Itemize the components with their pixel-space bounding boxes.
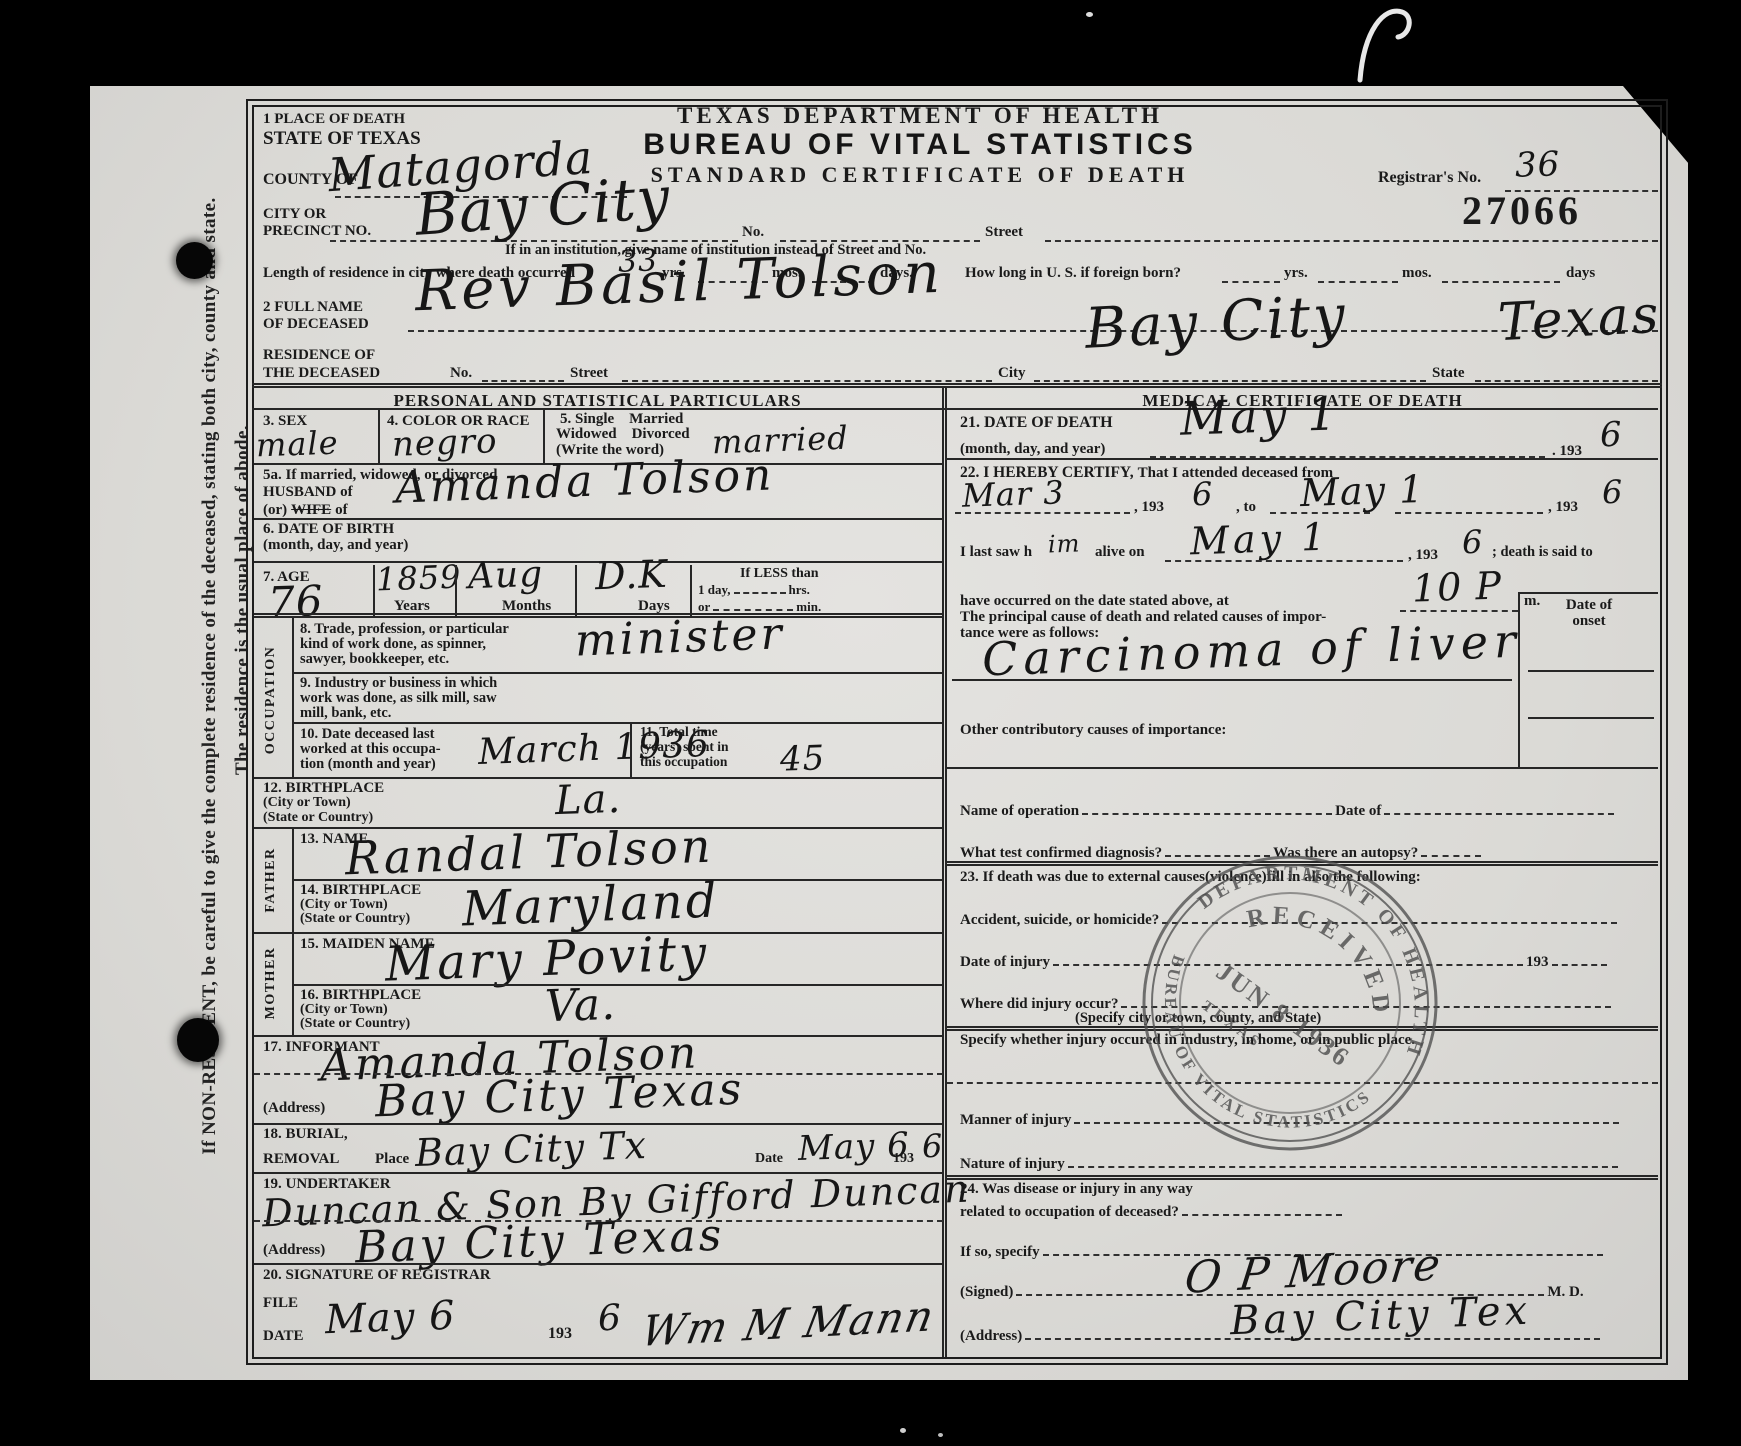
place-of-death-label: 1 PLACE OF DEATH [263, 112, 405, 128]
residence-label-1: RESIDENCE OF [263, 348, 375, 364]
f18-label: 18. BURIAL, [263, 1127, 348, 1143]
rule [378, 410, 380, 463]
rule [292, 617, 294, 777]
f24-label-1: 24. Was disease or injury in any way [960, 1182, 1193, 1198]
contributory-label: Other contributory causes of importance: [960, 723, 1226, 739]
burial-place-handwritten: Bay City Tx [414, 1128, 647, 1170]
rule [1442, 281, 1560, 283]
rule [1082, 802, 1332, 815]
residence-label-2: THE DECEASED [263, 366, 380, 382]
of-label: of [335, 502, 348, 518]
rule [1222, 281, 1280, 283]
no-label: No. [742, 225, 764, 241]
death-time-handwritten: 10 P [1411, 568, 1502, 605]
res-street-label: Street [570, 366, 608, 382]
rule [690, 565, 692, 616]
occupation-handwritten: minister [574, 614, 785, 661]
mother-name-handwritten: Mary Povity [384, 932, 710, 986]
birth-month-handwritten: Aug [467, 559, 543, 594]
physician-address-label: (Address) [960, 1328, 1022, 1344]
foreign-born-label: How long in U. S. if foreign born? [965, 266, 1181, 282]
rule [252, 383, 1662, 388]
hrs-label: hrs. [789, 582, 810, 597]
res-city-label: City [998, 366, 1026, 382]
dust-speck [1086, 12, 1093, 17]
punch-hole [177, 1018, 219, 1062]
f19-address-label: (Address) [263, 1243, 325, 1259]
f12-sub-1: (City or Town) [263, 796, 351, 811]
rule [952, 679, 1512, 681]
scanned-death-certificate: { "g": { "l1": "If NON-RESIDENT, be care… [0, 0, 1741, 1446]
operation-row: Name of operationDate of [960, 802, 1617, 820]
to-year-printed: , 193 [1548, 500, 1578, 516]
total-time-handwritten: 45 [779, 743, 825, 775]
manner-label: Manner of injury [960, 1112, 1071, 1128]
dob-label: 6. DATE OF BIRTH [263, 522, 394, 538]
min-label: min. [796, 599, 821, 614]
ifso-label: If so, specify [960, 1244, 1040, 1260]
operation-date-label: Date of [1335, 803, 1381, 819]
yrs2-label: yrs. [1284, 266, 1308, 282]
registrar-no-label: Registrar's No. [1378, 170, 1481, 187]
last-saw-date-handwritten: May 1 [1189, 520, 1329, 559]
page-curl-mark [1352, 2, 1416, 86]
f12-sub-2: (State or Country) [263, 811, 373, 826]
f17-address-label: (Address) [263, 1101, 325, 1117]
mother-birthplace-handwritten: Va. [544, 985, 616, 1027]
certificate-number-stamp: 27066 [1462, 190, 1582, 232]
or-label: (or) [263, 502, 287, 518]
rule [373, 565, 375, 616]
nature-label: Nature of injury [960, 1156, 1065, 1172]
f11-label-3: this occupation [640, 755, 727, 769]
less-hrs-row: 1 day,hrs. [698, 581, 810, 599]
sex-handwritten: male [256, 429, 340, 461]
f11-label-2: (years) spent in [640, 740, 729, 754]
from-year-handwritten: 6 [1192, 480, 1214, 510]
rule [1318, 281, 1398, 283]
informant-address-handwritten: Bay City Texas [374, 1070, 744, 1122]
rule [622, 380, 992, 382]
rule [1518, 592, 1520, 767]
rule [947, 1175, 1658, 1180]
last-saw-label-1: I last saw h [960, 545, 1032, 561]
city-or-label: CITY OR [263, 207, 326, 223]
rule [543, 410, 545, 463]
bureau-title: BUREAU OF VITAL STATISTICS [520, 128, 1320, 162]
file-date-label: DATE [263, 1329, 304, 1345]
rule [482, 380, 564, 382]
dust-speck [938, 1433, 943, 1437]
f21-sub-label: (month, day, and year) [960, 442, 1105, 458]
fullname-label-2: OF DECEASED [263, 317, 369, 333]
rule [292, 984, 943, 986]
res-no-label: No. [450, 366, 472, 382]
received-stamp: DEPARTMENT OF HEALTH BUREAU OF VITAL STA… [1122, 835, 1458, 1171]
rule [455, 565, 457, 616]
rule [1384, 802, 1614, 815]
precinct-no-label: PRECINCT NO. [263, 224, 371, 240]
file-year-printed: 193 [548, 1326, 572, 1343]
days2-label: days [1566, 266, 1595, 282]
occurred-label: have occurred on the date stated above, … [960, 594, 1229, 610]
place-label: Place [375, 1152, 409, 1168]
rule [252, 408, 1658, 410]
f9-label-3: mill, bank, etc. [300, 706, 391, 721]
saw-year-handwritten: 6 [1462, 528, 1484, 558]
file-date-handwritten: May 6 [324, 1298, 456, 1339]
f14-sub-2: (State or Country) [300, 912, 410, 927]
rule [1045, 240, 1658, 242]
rule [1182, 1203, 1342, 1216]
res-city-handwritten: Bay City [1084, 291, 1349, 355]
rule [947, 767, 1658, 769]
mother-side-label: MOTHER [264, 933, 279, 1033]
saw-year-printed: , 193 [1408, 548, 1438, 564]
burial-year-printed: 193 [893, 1152, 914, 1167]
attended-to-handwritten: May 1 [1299, 472, 1424, 511]
birthplace-handwritten: La. [554, 781, 621, 819]
fullname-handwritten: Rev Basil Tolson [414, 249, 944, 318]
spouse-handwritten: Amanda Tolson [394, 455, 775, 508]
physician-address-handwritten: Bay City Tex [1229, 1293, 1531, 1339]
rule [292, 672, 943, 674]
rule [630, 722, 632, 777]
if-less-label: If LESS than [740, 567, 819, 582]
attended-from-handwritten: Mar 3 [962, 478, 1066, 510]
dust-speck [900, 1428, 906, 1433]
injury-year-printed: 193 [1526, 954, 1549, 970]
f20-label: 20. SIGNATURE OF REGISTRAR [263, 1268, 491, 1284]
death-said-label: ; death is said to [1492, 545, 1593, 560]
file-year-handwritten: 6 [597, 1303, 622, 1336]
operation-label: Name of operation [960, 803, 1079, 819]
f24-label-2: related to occupation of deceased? [960, 1204, 1179, 1220]
rule [292, 722, 943, 724]
precinct-city-handwritten: Bay City [413, 171, 671, 241]
rule [955, 512, 1130, 514]
onset-label-2: onset [1522, 614, 1656, 630]
rule [254, 1263, 943, 1265]
registrar-no-handwritten: 36 [1514, 149, 1560, 181]
death-year-handwritten: 6 [1599, 420, 1623, 451]
f5a-label-3: (or) WIFE of [263, 501, 348, 519]
punch-hole [176, 242, 213, 279]
f21-label: 21. DATE OF DEATH [960, 415, 1113, 432]
f24-row-2: related to occupation of deceased? [960, 1203, 1345, 1221]
father-side-label: FATHER [264, 830, 279, 930]
f8-label-3: sawyer, bookkeeper, etc. [300, 652, 449, 667]
to-label: , to [1236, 500, 1256, 516]
rule [254, 518, 943, 520]
file-label: FILE [263, 1296, 298, 1312]
birth-year-handwritten: 1859 [376, 563, 462, 595]
rule [1552, 953, 1607, 966]
dept-of-health-title: TEXAS DEPARTMENT OF HEALTH [520, 104, 1320, 128]
f11-label-1: 11. Total time [640, 725, 718, 739]
street-label: Street [985, 225, 1023, 241]
father-birthplace-handwritten: Maryland [461, 880, 720, 932]
one-day-label: 1 day, [698, 582, 731, 597]
f16-sub-2: (State or Country) [300, 1017, 410, 1032]
rule [1528, 670, 1654, 672]
him-handwritten: im [1048, 533, 1081, 556]
wife-label-struck: WIFE [291, 502, 331, 518]
last-saw-label-2: alive on [1095, 545, 1145, 561]
birth-day-handwritten: D.K [594, 557, 668, 594]
removal-label: REMOVAL [263, 1152, 339, 1168]
res-state-handwritten: Texas [1497, 292, 1663, 347]
marital-label-2: Widowed Divorced [556, 427, 690, 443]
rule [734, 581, 786, 594]
death-date-handwritten: May 1 [1179, 393, 1340, 440]
rule [1034, 380, 1426, 382]
race-handwritten: negro [391, 426, 498, 460]
injury-date-label: Date of injury [960, 954, 1050, 970]
mos2-label: mos. [1402, 266, 1432, 282]
rule [1528, 717, 1654, 719]
f10-label-3: tion (month and year) [300, 757, 436, 772]
signed-label: (Signed) [960, 1284, 1013, 1300]
to-year-handwritten: 6 [1602, 478, 1624, 508]
rule [1518, 592, 1658, 594]
res-state-label: State [1432, 366, 1465, 382]
rule [575, 565, 577, 616]
rule [1395, 512, 1543, 514]
dob-sub-label: (month, day, and year) [263, 538, 408, 554]
rule [408, 330, 1658, 332]
father-name-handwritten: Randal Tolson [344, 826, 714, 880]
undertaker-address-handwritten: Bay City Texas [354, 1216, 724, 1268]
rule [947, 458, 1658, 460]
burial-year-handwritten: 6 [922, 1132, 944, 1162]
from-year-printed: , 193 [1134, 500, 1164, 516]
physician-signature-handwritten: O P Moore [1183, 1245, 1444, 1298]
fullname-label-1: 2 FULL NAME [263, 300, 363, 316]
md-label: M. D. [1547, 1284, 1583, 1300]
f5a-label-2: HUSBAND of [263, 485, 353, 501]
occupation-side-label: OCCUPATION [264, 620, 279, 780]
onset-label-1: Date of [1522, 598, 1656, 614]
rule [1475, 380, 1658, 382]
burial-date-label: Date [755, 1152, 783, 1167]
